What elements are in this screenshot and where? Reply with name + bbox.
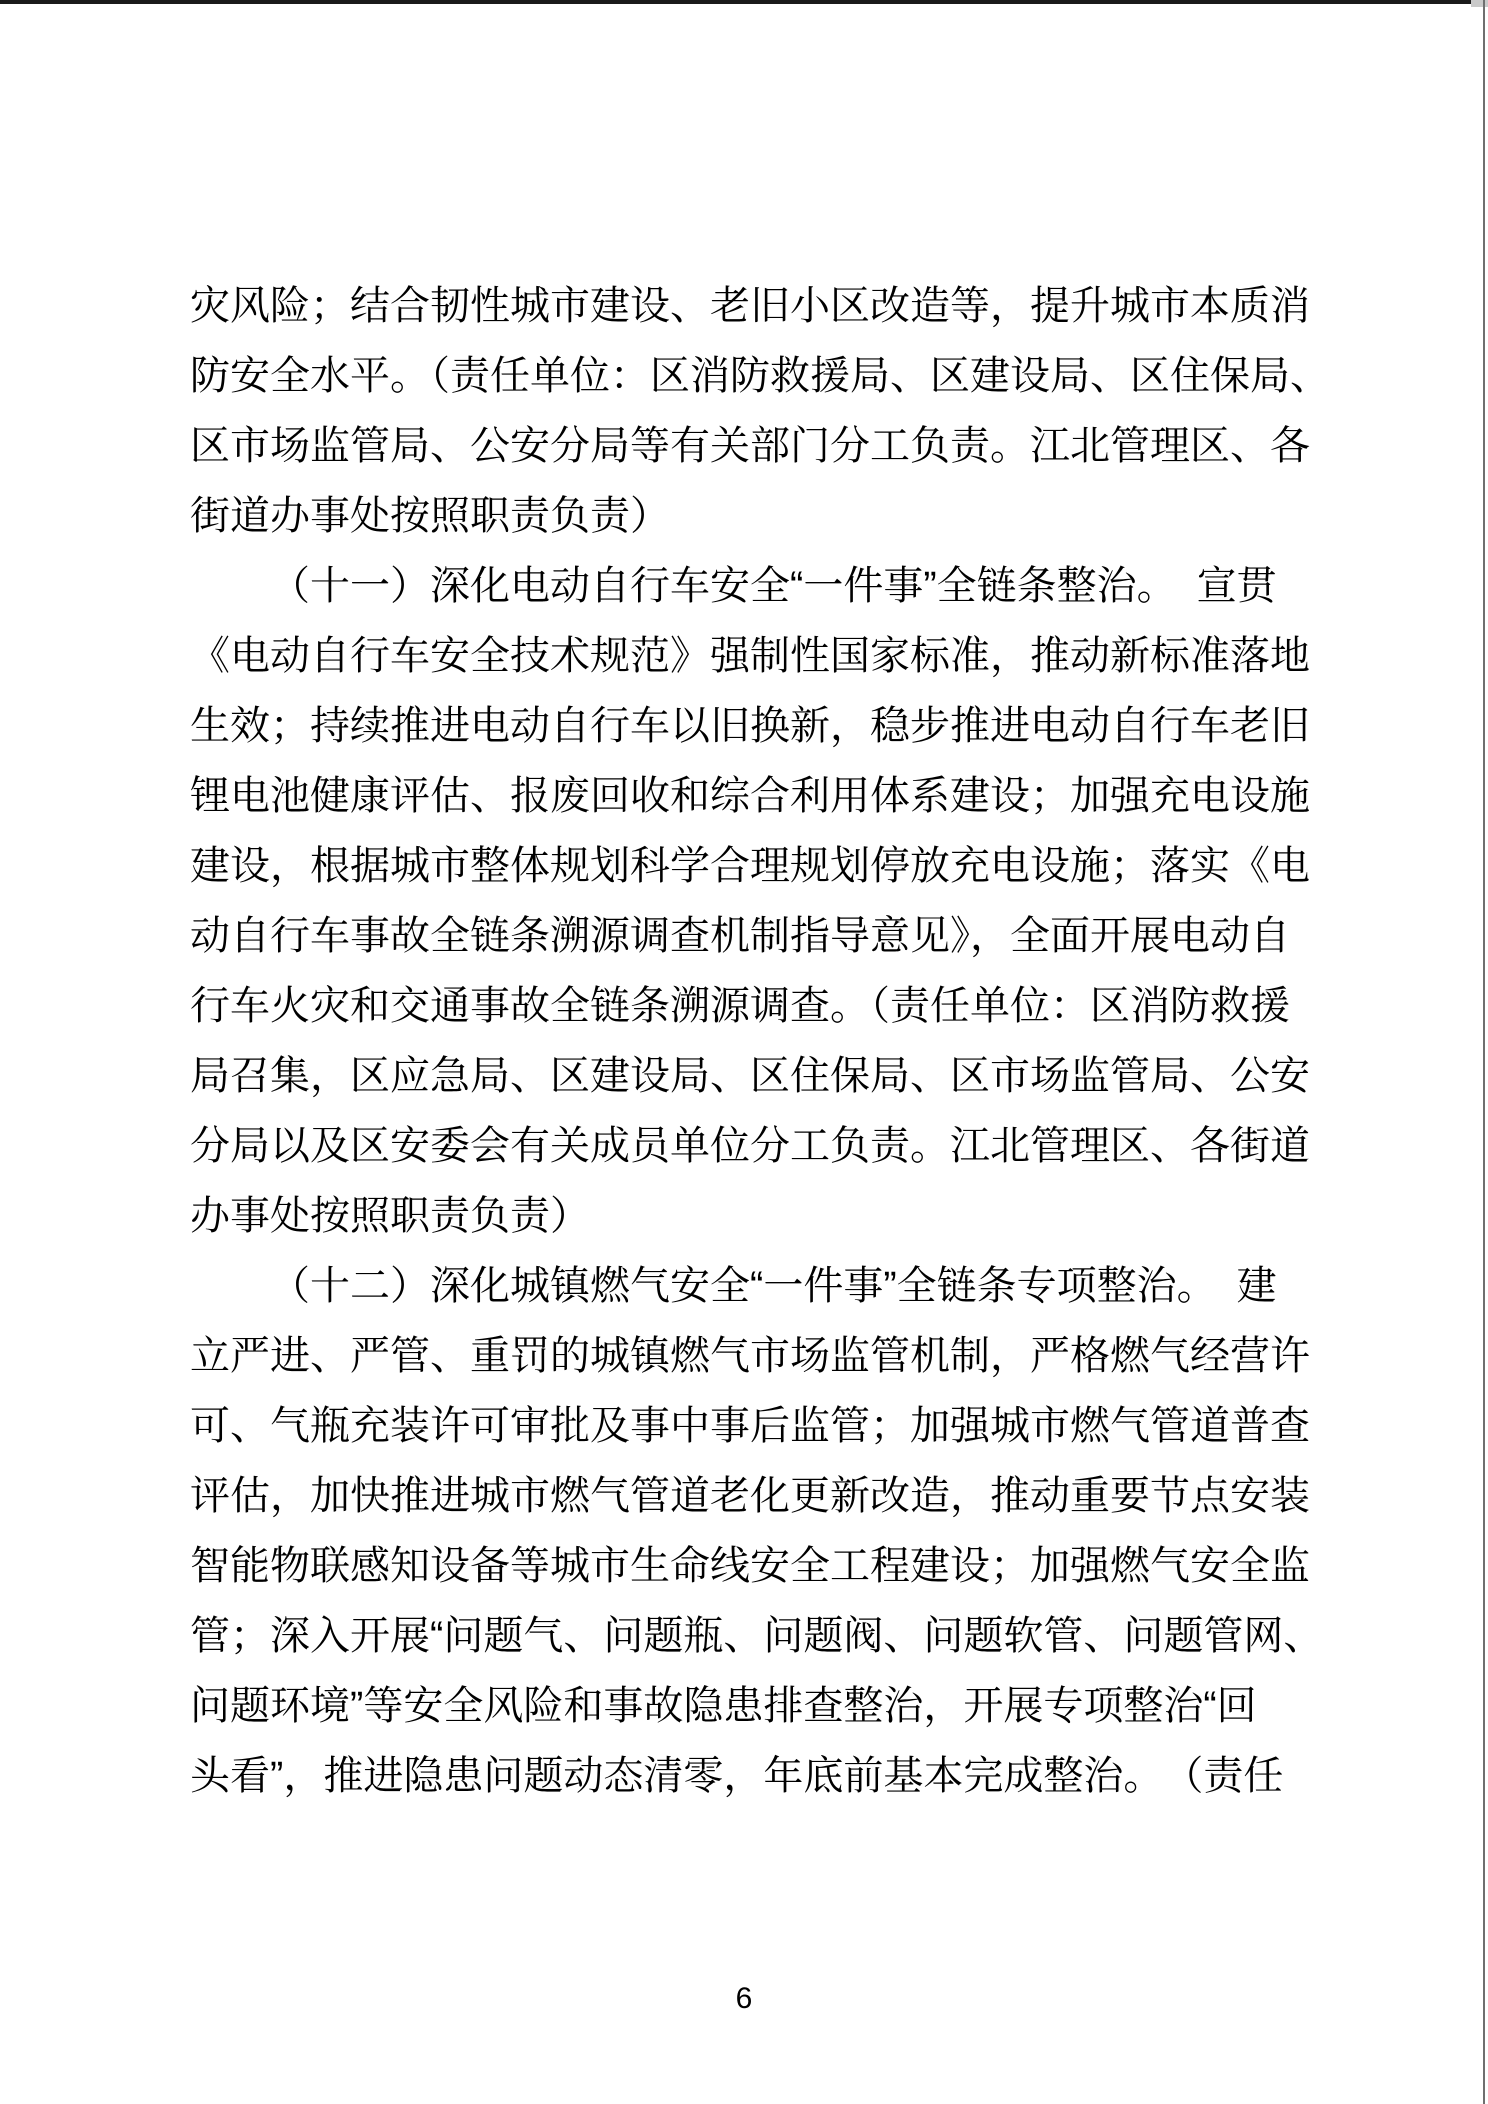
text-line: 防安全水平。（责任单位：区消防救援局、区建设局、区住保局、	[190, 341, 1306, 411]
text-line: 街道办事处按照职责负责）	[190, 481, 1306, 551]
scrollbar-corner	[1471, 0, 1488, 7]
text-line: 可、气瓶充装许可审批及事中事后监管；加强城市燃气管道普查	[190, 1391, 1306, 1461]
text-line: 评估，加快推进城市燃气管道老化更新改造，推动重要节点安装	[190, 1461, 1306, 1531]
window-top-border	[0, 0, 1471, 4]
text-line: 建设，根据城市整体规划科学合理规划停放充电设施；落实《电	[190, 831, 1306, 901]
text-line: 头看”，推进隐患问题动态清零，年底前基本完成整治。 （责任	[190, 1741, 1306, 1811]
text-line: 《电动自行车安全技术规范》强制性国家标准，推动新标准落地	[190, 621, 1306, 691]
document-body: 灾风险；结合韧性城市建设、老旧小区改造等，提升城市本质消防安全水平。（责任单位：…	[190, 271, 1306, 1811]
text-line: （十二）深化城镇燃气安全“一件事”全链条专项整治。 建	[190, 1251, 1306, 1321]
text-line: 行车火灾和交通事故全链条溯源调查。（责任单位：区消防救援	[190, 971, 1306, 1041]
page-number: 6	[0, 1982, 1488, 2016]
text-line: 问题环境”等安全风险和事故隐患排查整治，开展专项整治“回	[190, 1671, 1306, 1741]
text-line: 办事处按照职责负责）	[190, 1181, 1306, 1251]
text-line: 生效；持续推进电动自行车以旧换新，稳步推进电动自行车老旧	[190, 691, 1306, 761]
document-page: 灾风险；结合韧性城市建设、老旧小区改造等，提升城市本质消防安全水平。（责任单位：…	[0, 0, 1488, 2104]
text-line: 分局以及区安委会有关成员单位分工负责。江北管理区、各街道	[190, 1111, 1306, 1181]
text-line: 灾风险；结合韧性城市建设、老旧小区改造等，提升城市本质消	[190, 271, 1306, 341]
text-line: 区市场监管局、公安分局等有关部门分工负责。江北管理区、各	[190, 411, 1306, 481]
text-line: 智能物联感知设备等城市生命线安全工程建设；加强燃气安全监	[190, 1531, 1306, 1601]
text-line: 锂电池健康评估、报废回收和综合利用体系建设；加强充电设施	[190, 761, 1306, 831]
window-right-border[interactable]	[1483, 0, 1485, 2104]
text-line: （十一）深化电动自行车安全“一件事”全链条整治。 宣贯	[190, 551, 1306, 621]
text-line: 立严进、严管、重罚的城镇燃气市场监管机制，严格燃气经营许	[190, 1321, 1306, 1391]
text-line: 动自行车事故全链条溯源调查机制指导意见》，全面开展电动自	[190, 901, 1306, 971]
text-line: 管；深入开展“问题气、问题瓶、问题阀、问题软管、问题管网、	[190, 1601, 1306, 1671]
text-line: 局召集，区应急局、区建设局、区住保局、区市场监管局、公安	[190, 1041, 1306, 1111]
